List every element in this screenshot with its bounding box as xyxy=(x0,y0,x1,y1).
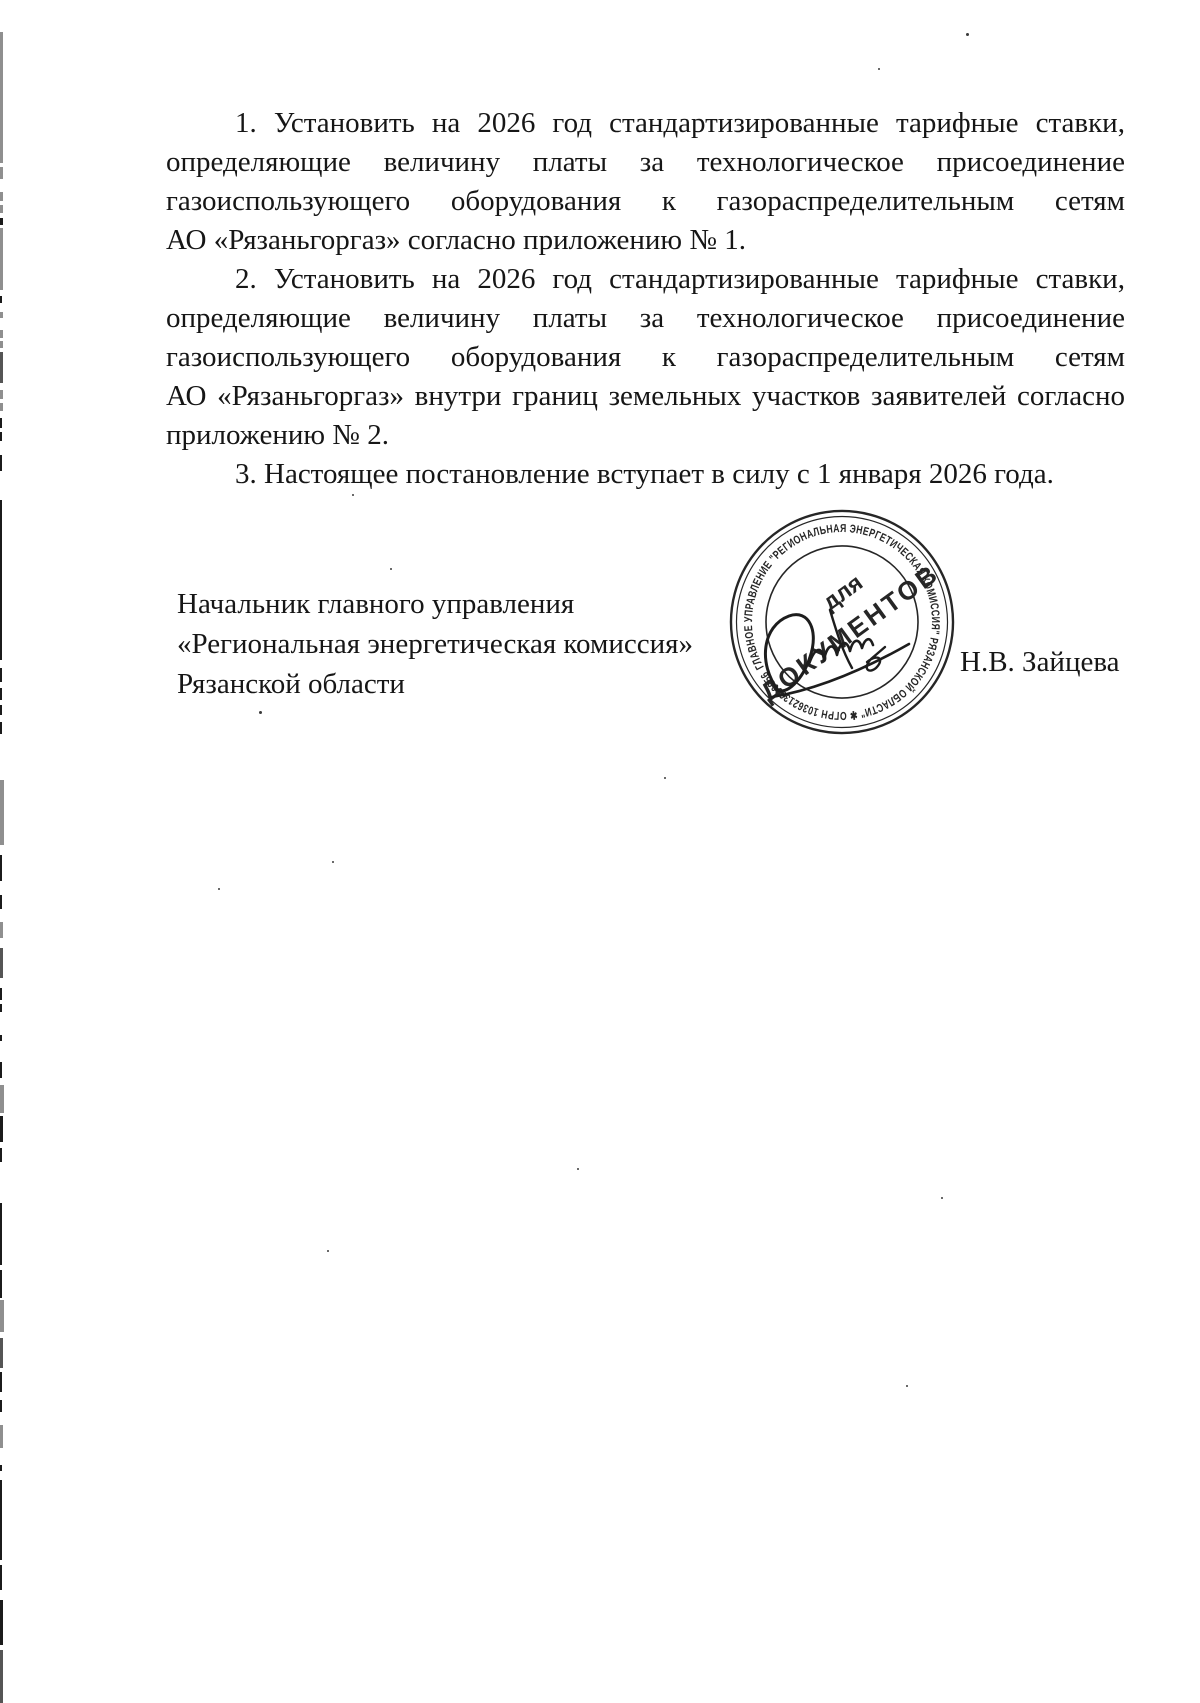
document-page: 1.Установитьна2026годстандартизированные… xyxy=(0,0,1200,1703)
scan-line-segment xyxy=(0,1425,3,1448)
scan-line-segment xyxy=(0,1600,3,1645)
word: стандартизированные xyxy=(609,260,879,299)
word: платы xyxy=(533,143,607,182)
scan-edge-artifact xyxy=(0,0,6,1703)
scan-line-segment xyxy=(0,455,2,471)
scan-line-segment xyxy=(0,418,2,428)
scan-line-segment xyxy=(0,1062,2,1078)
word: газоиспользующего xyxy=(166,182,410,221)
scan-line-segment xyxy=(0,855,2,881)
scan-line-segment xyxy=(0,668,2,682)
word: к xyxy=(662,338,676,377)
scan-line-segment xyxy=(0,330,3,338)
document-body: 1.Установитьна2026годстандартизированные… xyxy=(166,104,1125,494)
word: внутри xyxy=(415,377,502,416)
scan-line-segment xyxy=(0,1148,2,1162)
scan-line-segment xyxy=(0,1203,2,1265)
scan-line-segment xyxy=(0,1270,2,1298)
scan-line-segment xyxy=(0,390,3,399)
scan-line-segment xyxy=(0,1085,4,1113)
scan-speck xyxy=(332,861,334,863)
word: ставки, xyxy=(1036,104,1125,143)
word: за xyxy=(640,143,664,182)
scan-line-segment xyxy=(0,167,3,179)
word: технологическое xyxy=(697,299,904,338)
scan-line-segment xyxy=(0,352,3,383)
word: год xyxy=(552,260,592,299)
word: 2. xyxy=(235,260,257,299)
scan-line-segment xyxy=(0,205,3,213)
scan-line-segment xyxy=(0,948,3,978)
word: сетям xyxy=(1055,182,1125,221)
word: согласно xyxy=(1017,377,1125,416)
scan-line-segment xyxy=(0,1400,2,1412)
text-line: приложению № 2. xyxy=(166,416,1125,455)
scan-line-segment xyxy=(0,296,2,303)
signer-title-line-3: Рязанской области xyxy=(177,664,693,704)
scan-speck xyxy=(390,568,392,570)
scan-line-segment xyxy=(0,895,2,909)
paragraph: 1.Установитьна2026годстандартизированные… xyxy=(166,104,1125,260)
word: год xyxy=(552,104,592,143)
scan-line-segment xyxy=(0,1035,2,1041)
text-line: газоиспользующегооборудованиякгазораспре… xyxy=(166,182,1125,221)
scan-line-segment xyxy=(0,1565,2,1590)
word: заявителей xyxy=(871,377,1006,416)
word: платы xyxy=(533,299,607,338)
scan-line-segment xyxy=(0,1480,2,1560)
word: тарифные xyxy=(896,260,1019,299)
scan-line-segment xyxy=(0,1004,2,1012)
word: Установить xyxy=(274,260,415,299)
word: земельных xyxy=(609,377,742,416)
scan-line-segment xyxy=(0,218,3,225)
word: присоединение xyxy=(937,299,1125,338)
word: на xyxy=(432,104,460,143)
word: ставки, xyxy=(1036,260,1125,299)
scan-line-segment xyxy=(0,988,2,1000)
scan-speck xyxy=(218,888,220,890)
text-line: определяющиевеличинуплатызатехнологическ… xyxy=(166,299,1125,338)
scan-speck xyxy=(259,711,262,714)
signer-title-line-1: Начальник главного управления xyxy=(177,584,693,624)
word: технологическое xyxy=(697,143,904,182)
word: на xyxy=(432,260,460,299)
signature-block: Начальник главного управления «Региональ… xyxy=(177,584,693,704)
scan-line-segment xyxy=(0,1116,3,1142)
scan-speck xyxy=(878,68,880,70)
text-line: 2.Установитьна2026годстандартизированные… xyxy=(235,260,1125,299)
scan-line-segment xyxy=(0,1650,3,1703)
text-line: определяющиевеличинуплатызатехнологическ… xyxy=(166,143,1125,182)
word: газораспределительным xyxy=(717,182,1015,221)
word: к xyxy=(662,182,676,221)
scan-line-segment xyxy=(0,32,3,163)
scan-line-segment xyxy=(0,922,3,938)
scan-line-segment xyxy=(0,432,2,441)
scan-line-segment xyxy=(0,192,3,201)
word: «Рязаньгоргаз» xyxy=(217,377,404,416)
scan-speck xyxy=(941,1197,943,1199)
scan-line-segment xyxy=(0,780,4,845)
paragraph: 2.Установитьна2026годстандартизированные… xyxy=(166,260,1125,455)
word: сетям xyxy=(1055,338,1125,377)
scan-line-segment xyxy=(0,403,3,411)
word: Установить xyxy=(274,104,415,143)
scan-line-segment xyxy=(0,312,3,318)
word: участков xyxy=(752,377,860,416)
scan-line-segment xyxy=(0,1338,3,1368)
word: определяющие xyxy=(166,143,351,182)
text-line: АО «Рязаньгоргаз» согласно приложению № … xyxy=(166,221,1125,260)
word: оборудования xyxy=(451,182,621,221)
scan-line-segment xyxy=(0,688,2,700)
word: определяющие xyxy=(166,299,351,338)
scan-line-segment xyxy=(0,1465,2,1471)
scan-speck xyxy=(664,777,666,779)
word: 2026 xyxy=(477,260,535,299)
scan-speck xyxy=(966,33,969,36)
signer-name: Н.В. Зайцева xyxy=(960,646,1120,679)
word: газоиспользующего xyxy=(166,338,410,377)
text-line: АО«Рязаньгоргаз»внутриграницземельныхуча… xyxy=(166,377,1125,416)
scan-line-segment xyxy=(0,1300,4,1332)
word: 1. xyxy=(235,104,257,143)
word: газораспределительным xyxy=(717,338,1015,377)
scan-line-segment xyxy=(0,1372,2,1392)
word: величину xyxy=(384,299,501,338)
word: присоединение xyxy=(937,143,1125,182)
scan-line-segment xyxy=(0,705,2,715)
word: тарифные xyxy=(896,104,1019,143)
word: АО xyxy=(166,377,206,416)
word: 2026 xyxy=(477,104,535,143)
word: оборудования xyxy=(451,338,621,377)
scan-line-segment xyxy=(0,341,3,348)
scan-line-segment xyxy=(0,228,3,290)
signer-title-line-2: «Региональная энергетическая комиссия» xyxy=(177,624,693,664)
scan-line-segment xyxy=(0,722,2,734)
scan-speck xyxy=(577,1168,579,1170)
word: за xyxy=(640,299,664,338)
word: границ xyxy=(512,377,598,416)
text-line: 3. Настоящее постановление вступает в си… xyxy=(235,455,1125,494)
scan-speck xyxy=(906,1385,908,1387)
scan-line-segment xyxy=(0,500,2,660)
scan-speck xyxy=(352,494,354,496)
scan-speck xyxy=(327,1250,329,1252)
word: стандартизированные xyxy=(609,104,879,143)
official-stamp-seal: ГЛАВНОЕ УПРАВЛЕНИЕ "РЕГИОНАЛЬНАЯ ЭНЕРГЕТ… xyxy=(712,492,972,752)
text-line: газоиспользующегооборудованиякгазораспре… xyxy=(166,338,1125,377)
text-line: 1.Установитьна2026годстандартизированные… xyxy=(235,104,1125,143)
paragraph: 3. Настоящее постановление вступает в си… xyxy=(166,455,1125,494)
word: величину xyxy=(384,143,501,182)
